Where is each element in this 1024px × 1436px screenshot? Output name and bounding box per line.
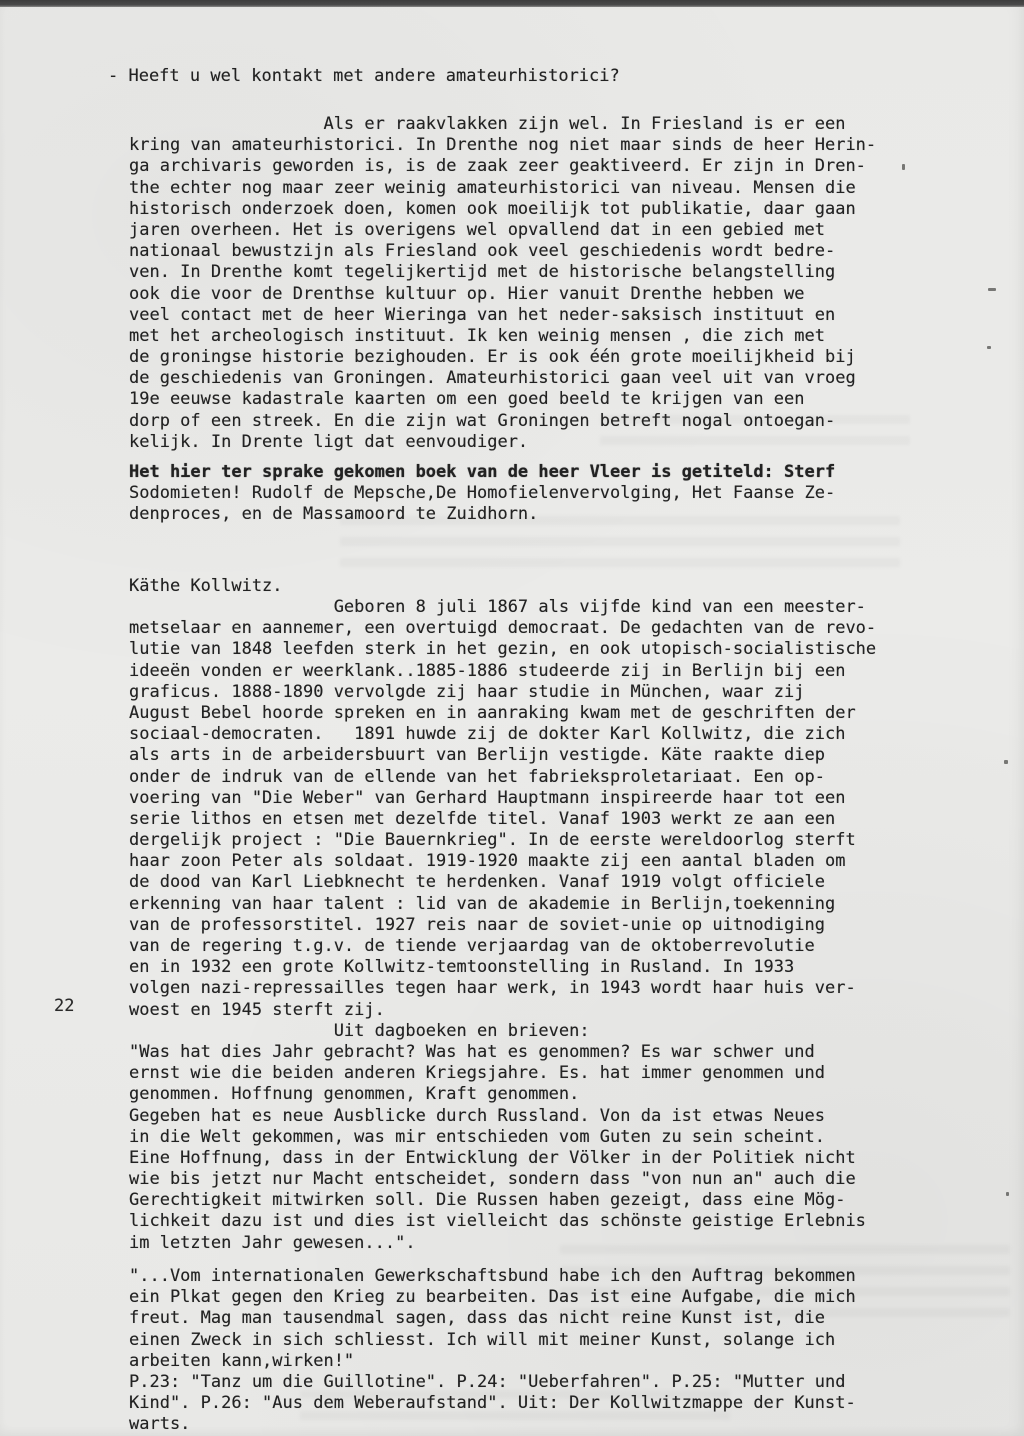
text-line: van de professorstitel. 1927 reis naar d… (129, 915, 876, 936)
text-line: denproces, en de Massamoord te Zuidhorn. (129, 504, 835, 525)
text-line: kring van amateurhistorici. In Drenthe n… (129, 135, 876, 156)
text-line: Käthe Kollwitz. (129, 576, 283, 597)
text-line: ideeën vonden er weerklank..1885-1886 st… (129, 661, 876, 682)
text-line: volgen nazi-repressailles tegen haar wer… (129, 978, 876, 999)
text-line: erkenning van haar talent : lid van de a… (129, 894, 876, 915)
scan-mark (902, 164, 905, 170)
page-number: 22 (54, 996, 74, 1017)
text-line: im letzten Jahr gewesen...". (129, 1233, 876, 1254)
text-line: Sodomieten! Rudolf de Mepsche,De Homofie… (129, 483, 835, 504)
scan-mark (1006, 1192, 1009, 1196)
scan-mark (988, 288, 996, 291)
text-line: einen Zweck in sich schliesst. Ich will … (129, 1330, 856, 1351)
text-line: arbeiten kann,wirken!" (129, 1351, 856, 1372)
text-line: genommen. Hoffnung genommen, Kraft genom… (129, 1084, 876, 1105)
text-line: van de regering t.g.v. de tiende verjaar… (129, 936, 876, 957)
text-line: lutie van 1848 leefden sterk in het gezi… (129, 639, 876, 660)
text-line: sociaal-democraten. 1891 huwde zij de do… (129, 724, 876, 745)
text-line: P.23: "Tanz um die Guillotine". P.24: "U… (129, 1372, 856, 1393)
book-title-note: Het hier ter sprake gekomen boek van de … (129, 462, 835, 526)
text-line: dorp of een streek. En die zijn wat Gron… (129, 411, 876, 432)
text-line: kelijk. In Drente ligt dat eenvoudiger. (129, 432, 876, 453)
text-line: graficus. 1888-1890 vervolgde zij haar s… (129, 682, 876, 703)
text-line: voering van "Die Weber" van Gerhard Haup… (129, 788, 876, 809)
text-line: haar zoon Peter als soldaat. 1919-1920 m… (129, 851, 876, 872)
text-line: historisch onderzoek doen, komen ook moe… (129, 199, 876, 220)
text-line: Het hier ter sprake gekomen boek van de … (129, 462, 835, 483)
text-line: "...Vom internationalen Gewerkschaftsbun… (129, 1266, 856, 1287)
text-line: en in 1932 een grote Kollwitz-temtoonste… (129, 957, 876, 978)
scanned-page: - Heeft u wel kontakt met andere amateur… (0, 0, 1024, 1436)
interview-answer-paragraph: Als er raakvlakken zijn wel. In Frieslan… (129, 114, 876, 453)
text-line: Uit dagboeken en brieven: (129, 1021, 876, 1042)
text-line: serie lithos en etsen met dezelfde titel… (129, 809, 876, 830)
text-line: warts. (129, 1414, 856, 1435)
text-line: ven. In Drenthe komt tegelijkertijd met … (129, 262, 876, 283)
text-line: Eine Hoffnung, dass in der Entwicklung d… (129, 1148, 876, 1169)
text-line: lichkeit dazu ist und dies ist vielleich… (129, 1211, 876, 1232)
text-line: met het archeologisch instituut. Ik ken … (129, 326, 876, 347)
text-line: Kind". P.26: "Aus dem Weberaufstand". Ui… (129, 1393, 856, 1414)
text-line: dergelijk project : "Die Bauernkrieg". I… (129, 830, 876, 851)
text-line: ernst wie die beiden anderen Kriegsjahre… (129, 1063, 876, 1084)
text-line: jaren overheen. Het is overigens wel opv… (129, 220, 876, 241)
text-line: metselaar en aannemer, een overtuigd dem… (129, 618, 876, 639)
text-line: de geschiedenis van Groningen. Amateurhi… (129, 368, 876, 389)
text-line: nationaal bewustzijn als Friesland ook v… (129, 241, 876, 262)
text-line: the echter nog maar zeer weinig amateurh… (129, 178, 876, 199)
text-line: Gerechtigkeit mitwirken soll. Die Russen… (129, 1190, 876, 1211)
text-line: ook die voor de Drenthse kultuur op. Hie… (129, 284, 876, 305)
text-line: de dood van Karl Liebknecht te herdenken… (129, 872, 876, 893)
scan-mark (987, 346, 991, 349)
text-line: ein Plkat gegen den Krieg zu bearbeiten.… (129, 1287, 856, 1308)
text-line: veel contact met de heer Wieringa van he… (129, 305, 876, 326)
text-line: 19e eeuwse kadastrale kaarten om een goe… (129, 389, 876, 410)
text-line: ga archivaris geworden is, is de zaak ze… (129, 156, 876, 177)
kollwitz-heading: Käthe Kollwitz. (129, 576, 283, 597)
text-line: freut. Mag man tausendmal sagen, dass da… (129, 1308, 856, 1329)
text-line: in die Welt gekommen, was mir entschiede… (129, 1127, 876, 1148)
kollwitz-biography: Geboren 8 juli 1867 als vijfde kind van … (129, 597, 876, 1254)
text-line: als arts in de arbeidersbuurt van Berlij… (129, 745, 876, 766)
text-line: Geboren 8 juli 1867 als vijfde kind van … (129, 597, 876, 618)
text-line: onder de indruk van de ellende van het f… (129, 767, 876, 788)
text-line: Gegeben hat es neue Ausblicke durch Russ… (129, 1106, 876, 1127)
text-line: "Was hat dies Jahr gebracht? Was hat es … (129, 1042, 876, 1063)
scan-mark (1004, 760, 1008, 764)
text-line: wie bis jetzt nur Macht entscheidet, son… (129, 1169, 876, 1190)
interview-question: - Heeft u wel kontakt met andere amateur… (108, 66, 620, 87)
text-line: August Bebel hoorde spreken en in aanrak… (129, 703, 876, 724)
text-line: Als er raakvlakken zijn wel. In Frieslan… (129, 114, 876, 135)
kollwitz-letters-quote: "...Vom internationalen Gewerkschaftsbun… (129, 1266, 856, 1436)
text-line: - Heeft u wel kontakt met andere amateur… (108, 66, 620, 87)
scan-edge-artifact (0, 0, 1024, 7)
text-line: de groningse historie bezighouden. Er is… (129, 347, 876, 368)
text-line: woest en 1945 sterft zij. (129, 1000, 876, 1021)
